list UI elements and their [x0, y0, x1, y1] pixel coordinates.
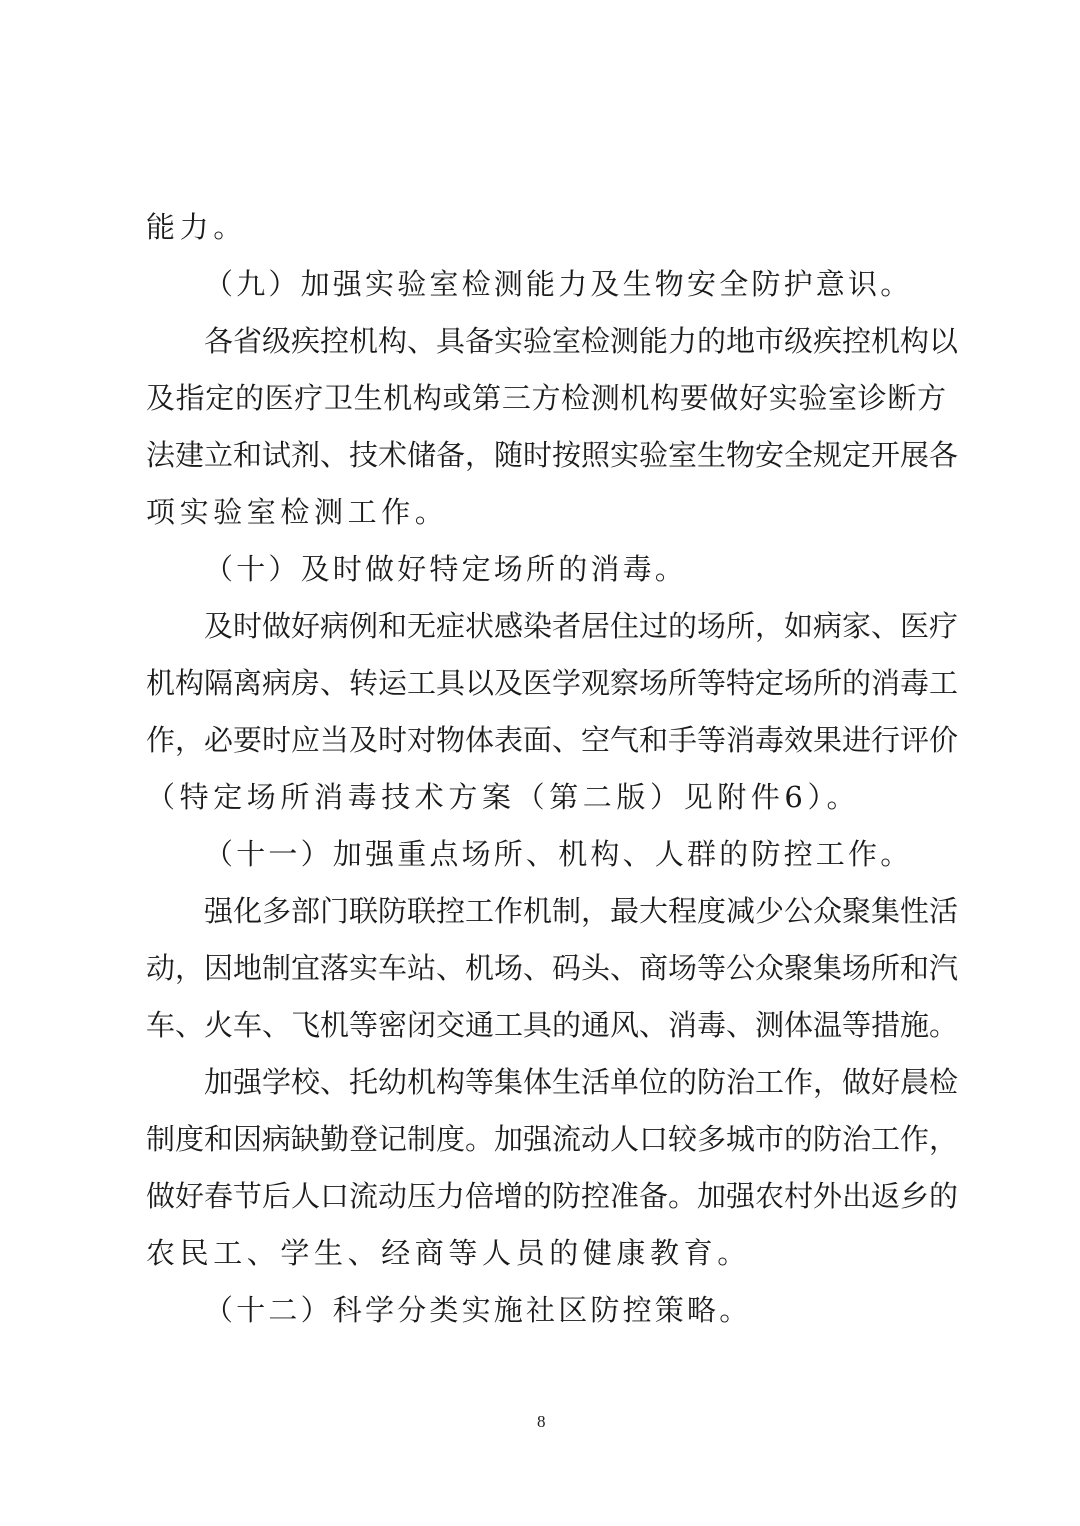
body-line: 机构隔离病房、转运工具以及医学观察场所等特定场所的消毒工	[146, 658, 946, 708]
body-line: 农民工、学生、经商等人员的健康教育。	[146, 1228, 751, 1278]
body-line: 能力。	[146, 202, 247, 252]
body-line: 制度和因病缺勤登记制度。加强流动人口较多城市的防治工作，	[146, 1114, 946, 1164]
page-number: 8	[537, 1412, 546, 1432]
body-line: 动，因地制宜落实车站、机场、码头、商场等公众聚集场所和汽	[146, 943, 946, 993]
body-line: 作，必要时应当及时对物体表面、空气和手等消毒效果进行评价	[146, 715, 946, 765]
body-line: 强化多部门联防联控工作机制，最大程度减少公众聚集性活	[204, 886, 946, 936]
body-line: （特定场所消毒技术方案（第二版）见附件6）。	[146, 772, 860, 822]
section-heading-10: （十）及时做好特定场所的消毒。	[204, 544, 687, 594]
body-line: 及指定的医疗卫生机构或第三方检测机构要做好实验室诊断方	[146, 373, 946, 423]
section-heading-9: （九）加强实验室检测能力及生物安全防护意识。	[204, 259, 912, 309]
body-line: 及时做好病例和无症状感染者居住过的场所，如病家、医疗	[204, 601, 946, 651]
body-line: 车、火车、飞机等密闭交通工具的通风、消毒、测体温等措施。	[146, 1000, 946, 1050]
body-line: 项实验室检测工作。	[146, 487, 448, 537]
body-line: 做好春节后人口流动压力倍增的防控准备。加强农村外出返乡的	[146, 1171, 946, 1221]
body-line: 法建立和试剂、技术储备，随时按照实验室生物安全规定开展各	[146, 430, 946, 480]
body-line: 加强学校、托幼机构等集体生活单位的防治工作，做好晨检	[204, 1057, 946, 1107]
section-heading-11: （十一）加强重点场所、机构、人群的防控工作。	[204, 829, 912, 879]
section-heading-12: （十二）科学分类实施社区防控策略。	[204, 1285, 751, 1335]
body-line: 各省级疾控机构、具备实验室检测能力的地市级疾控机构以	[204, 316, 946, 366]
